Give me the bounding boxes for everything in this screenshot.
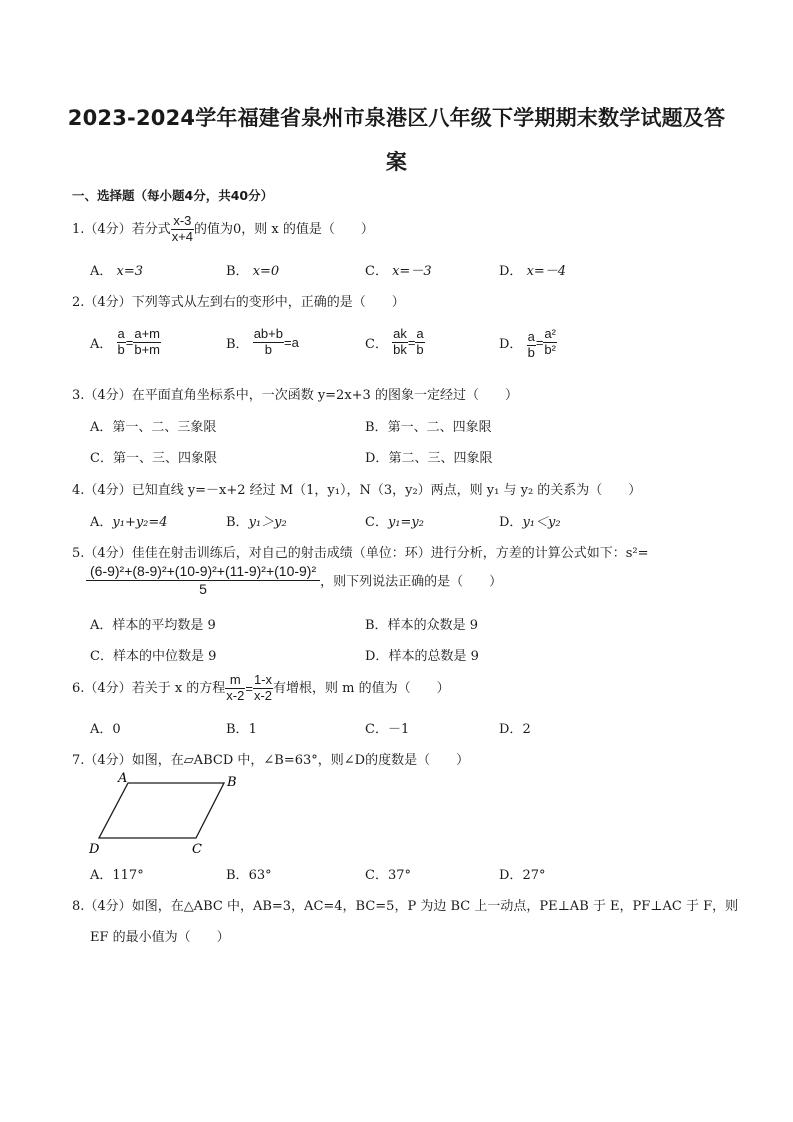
question-2: 2.（4分）下列等式从左到右的变形中，正确的是（ ） xyxy=(72,291,405,310)
option-b[interactable]: B． x=0 xyxy=(226,260,279,279)
variance-formula: (6-9)²+(8-9)²+(10-9)²+(11-9)²+(10-9)²5，则… xyxy=(86,563,502,597)
vertex-label-c: C xyxy=(192,842,202,857)
option-d[interactable]: D．第二、三、四象限 xyxy=(365,447,492,466)
option-a[interactable]: A． ab=a+mb+m xyxy=(90,327,161,358)
vertex-label-d: D xyxy=(88,842,100,857)
question-stem: 若分式 xyxy=(132,222,171,237)
option-a[interactable]: A．样本的平均数是 9 xyxy=(90,614,216,633)
option-c[interactable]: C．第一、三、四象限 xyxy=(90,447,217,466)
question-number: 1. xyxy=(72,222,84,237)
question-stem: 已知直线 y=－x+2 经过 M（1，y₁），N（3，y₂）两点，则 y₁ 与 … xyxy=(132,483,642,498)
option-b[interactable]: B．y₁＞y₂ xyxy=(226,511,287,530)
option-d[interactable]: D．y₁＜y₂ xyxy=(499,511,561,530)
option-d[interactable]: D． ab=a²b² xyxy=(499,324,557,361)
parallelogram-figure: A B C D xyxy=(80,765,260,860)
question-stem: 如图，在△ABC 中，AB=3，AC=4，BC=5，P 为边 BC 上一动点，P… xyxy=(132,899,738,914)
option-c[interactable]: C．37° xyxy=(365,864,411,883)
question-8-line2: EF 的最小值为（ ） xyxy=(90,926,230,945)
option-b[interactable]: B．样本的众数是 9 xyxy=(365,614,478,633)
question-stem: 佳佳在射击训练后，对自己的射击成绩（单位：环）进行分析，方差的计算公式如下：s²… xyxy=(132,546,649,561)
option-a[interactable]: A． x=3 xyxy=(90,260,143,279)
fraction: x-3x+4 xyxy=(171,214,194,245)
question-8: 8.（4分）如图，在△ABC 中，AB=3，AC=4，BC=5，P 为边 BC … xyxy=(72,895,738,914)
option-d[interactable]: D．2 xyxy=(499,718,531,737)
question-5: 5.（4分）佳佳在射击训练后，对自己的射击成绩（单位：环）进行分析，方差的计算公… xyxy=(72,542,648,561)
option-b[interactable]: B．1 xyxy=(226,718,257,737)
option-b[interactable]: B． ab+bb=a xyxy=(226,327,299,358)
vertex-label-b: B xyxy=(226,775,237,790)
option-c[interactable]: C．y₁=y₂ xyxy=(365,511,424,530)
question-stem: 下列等式从左到右的变形中，正确的是（ ） xyxy=(132,295,405,310)
document-title-line1: 2023-2024学年福建省泉州市泉港区八年级下学期期末数学试题及答 xyxy=(0,102,793,132)
option-a[interactable]: A．0 xyxy=(90,718,121,737)
question-stem: 在平面直角坐标系中，一次函数 y=2x+3 的图象一定经过（ ） xyxy=(132,388,518,403)
question-3: 3.（4分）在平面直角坐标系中，一次函数 y=2x+3 的图象一定经过（ ） xyxy=(72,384,518,403)
question-4: 4.（4分）已知直线 y=－x+2 经过 M（1，y₁），N（3，y₂）两点，则… xyxy=(72,479,641,498)
option-b[interactable]: B．63° xyxy=(226,864,272,883)
question-score: （4分） xyxy=(84,222,131,237)
option-c[interactable]: C． akbk=ab xyxy=(365,327,425,358)
option-c[interactable]: C．样本的中位数是 9 xyxy=(90,645,216,664)
option-a[interactable]: A．第一、二、三象限 xyxy=(90,416,216,435)
question-6: 6.（4分）若关于 x 的方程mx-2=1-xx-2有增根，则 m 的值为（ ） xyxy=(72,673,450,704)
question-stem-tail: 的值为0，则 x 的值是（ ） xyxy=(194,222,374,237)
option-d[interactable]: D． x=－4 xyxy=(499,260,566,279)
option-c[interactable]: C． x=－3 xyxy=(365,260,432,279)
option-d[interactable]: D．样本的总数是 9 xyxy=(365,645,479,664)
option-a[interactable]: A．117° xyxy=(90,864,144,883)
option-d[interactable]: D．27° xyxy=(499,864,545,883)
question-1: 1.（4分）若分式x-3x+4的值为0，则 x 的值是（ ） xyxy=(72,214,374,245)
document-title-line2: 案 xyxy=(0,146,793,176)
section-heading-choice: 一、选择题（每小题4分，共40分） xyxy=(72,186,273,204)
option-c[interactable]: C．－1 xyxy=(365,718,409,737)
vertex-label-a: A xyxy=(117,771,127,786)
option-a[interactable]: A．y₁+y₂=4 xyxy=(90,511,168,530)
option-b[interactable]: B．第一、二、四象限 xyxy=(365,416,492,435)
